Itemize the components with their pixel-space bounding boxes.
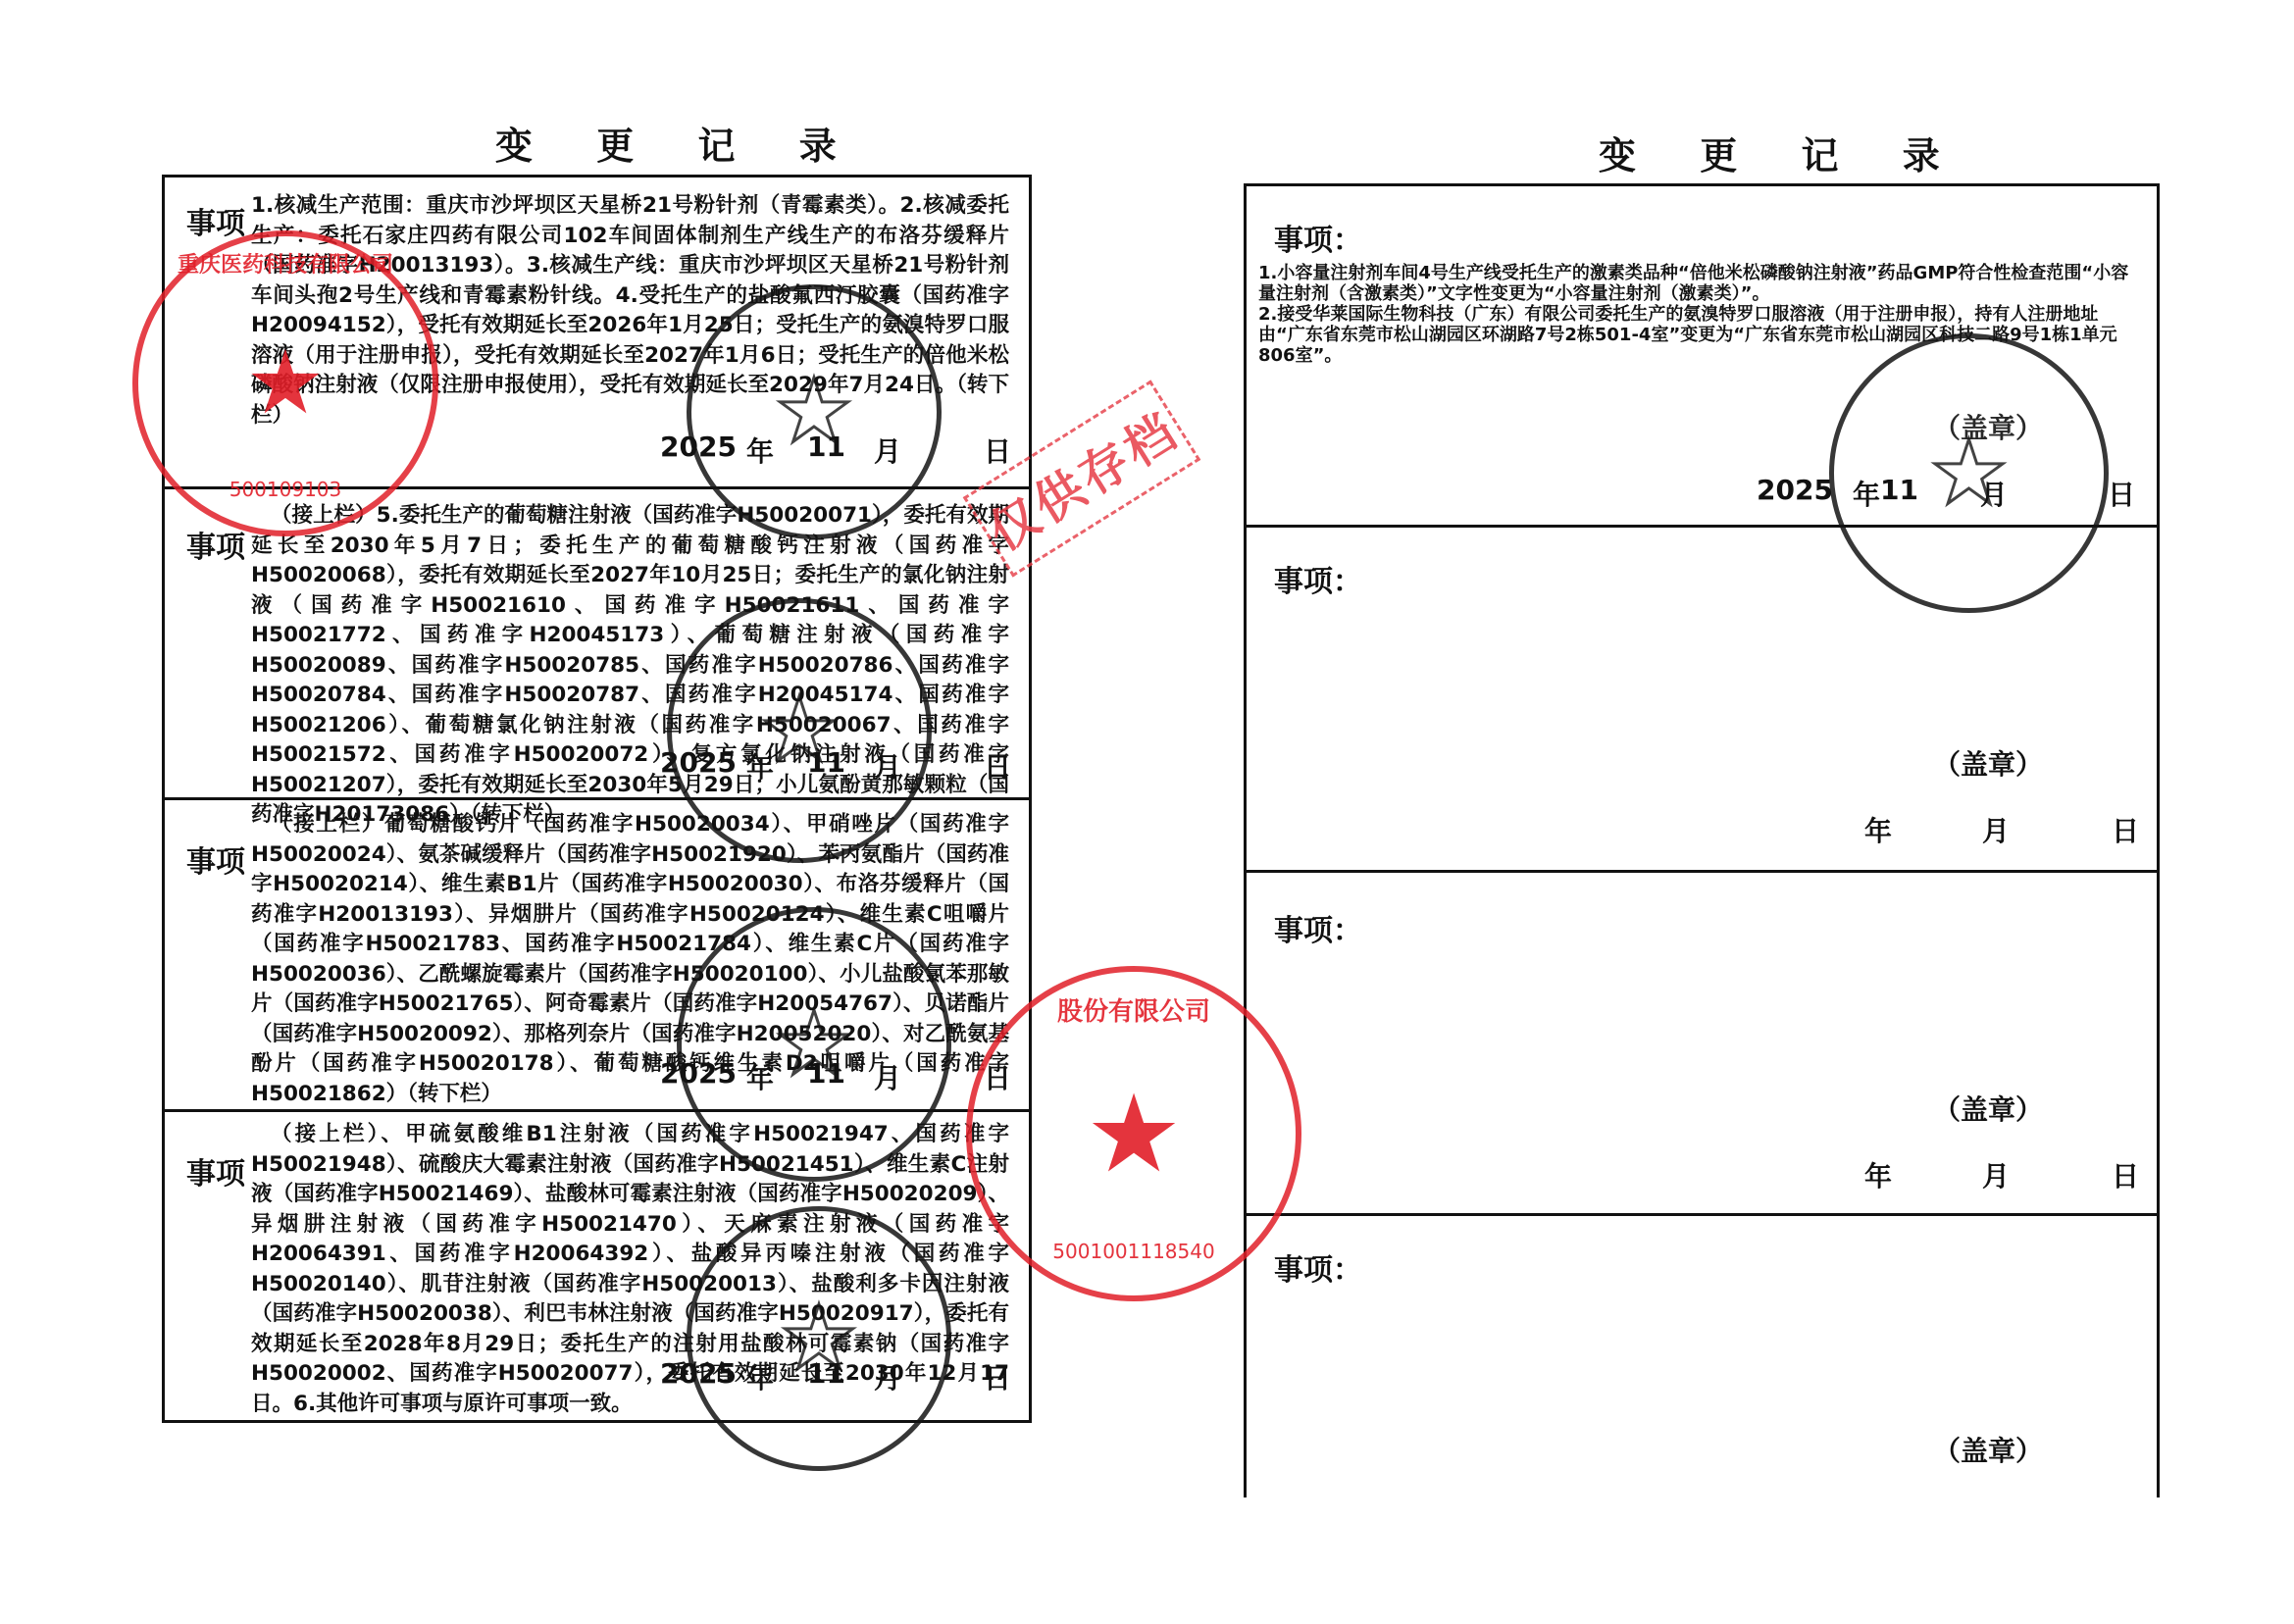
left-record-section-4: 事项 （接上栏）、甲硫氨酸维B1注射液（国药准字H50021947、国药准字H5…: [165, 1112, 1029, 1420]
item-label: 事项：: [1274, 557, 1362, 600]
item-label: 事项: [186, 199, 245, 242]
right-change-record-table: 事项： 1.小容量注射剂车间4号生产线受托生产的激素类品种“倍他米松磷酸钠注射液…: [1244, 183, 2160, 1497]
right-record-section-1: 事项： 1.小容量注射剂车间4号生产线受托生产的激素类品种“倍他米松磷酸钠注射液…: [1247, 186, 2157, 528]
left-record-section-2: 事项 （接上栏）5.委托生产的葡萄糖注射液（国药准字H50020071），委托有…: [165, 489, 1029, 800]
star-icon: ★: [1086, 1080, 1183, 1188]
left-change-record-table: 事项 1.核减生产范围：重庆市沙坪坝区天星桥21号粉针剂（青霉素类）。2.核减委…: [162, 175, 1032, 1423]
right-page-title: 变 更 记 录: [1599, 126, 1965, 179]
right-record-section-3: 事项： （盖章） 年 月 日: [1247, 873, 2157, 1216]
item-label: 事项：: [1274, 1245, 1362, 1289]
seal-note: （盖章）: [1933, 407, 2043, 446]
left-page-title: 变 更 记 录: [495, 116, 862, 170]
item-label: 事项: [186, 1149, 245, 1193]
item-label: 事项: [186, 523, 245, 566]
left-record-section-1: 事项 1.核减生产范围：重庆市沙坪坝区天星桥21号粉针剂（青霉素类）。2.核减委…: [165, 178, 1029, 489]
right-record-section-2: 事项： （盖章） 年 月 日: [1247, 528, 2157, 873]
seal-note: （盖章）: [1933, 1430, 2043, 1469]
right-record-section-4: 事项： （盖章）: [1247, 1216, 2157, 1500]
item-label: 事项：: [1274, 906, 1362, 949]
item-label: 事项：: [1274, 216, 1362, 259]
left-record-section-3: 事项 （接上栏）葡萄糖酸钙片（国药准字H50020034）、甲硝唑片（国药准字H…: [165, 800, 1029, 1112]
seal-note: （盖章）: [1933, 743, 2043, 783]
item-text: 1.核减生产范围：重庆市沙坪坝区天星桥21号粉针剂（青霉素类）。2.核减委托生产…: [251, 191, 1009, 431]
item-label: 事项: [186, 837, 245, 881]
seal-note: （盖章）: [1933, 1089, 2043, 1128]
item-text: 1.小容量注射剂车间4号生产线受托生产的激素类品种“倍他米松磷酸钠注射液”药品G…: [1258, 263, 2145, 366]
